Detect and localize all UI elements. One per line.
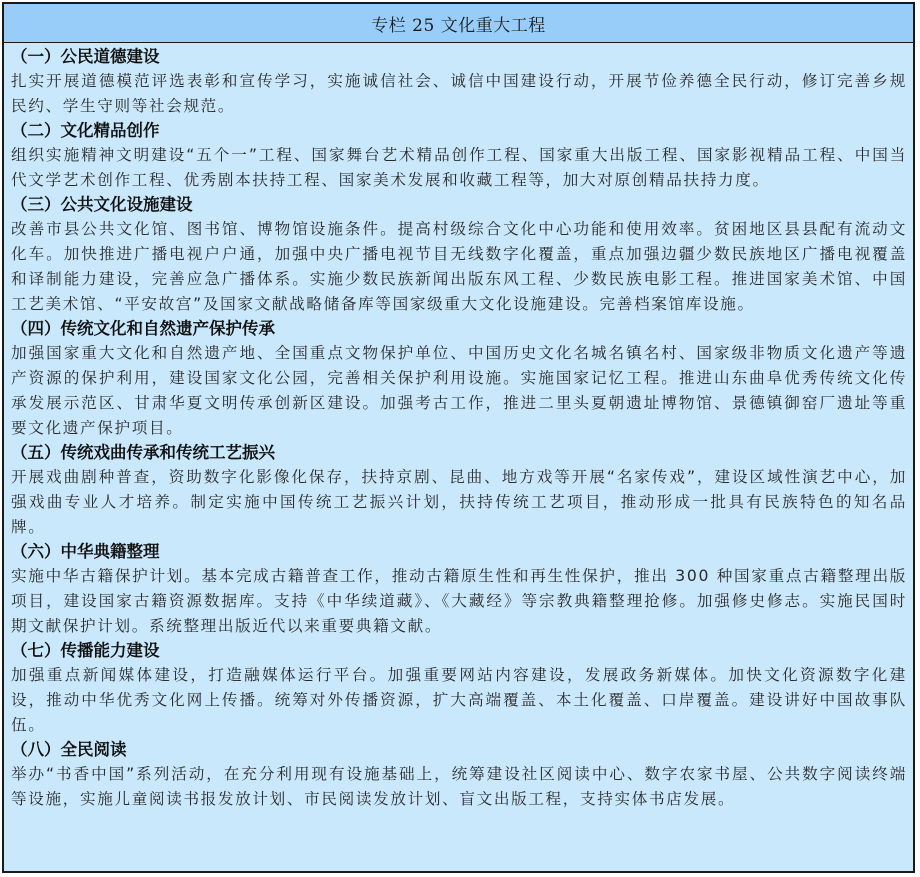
section-body: 组织实施精神文明建设“五个一”工程、国家舞台艺术精品创作工程、国家重大出版工程、… [11,143,907,193]
section-title: （四）传统文化和自然遗产保护传承 [11,317,907,341]
section-title: （六）中华典籍整理 [11,540,907,564]
section-title: （七）传播能力建设 [11,639,907,663]
section-body: 加强重点新闻媒体建设，打造融媒体运行平台。加强重要网站内容建设，发展政务新媒体。… [11,663,907,738]
section-body: 举办“书香中国”系列活动，在充分利用现有设施基础上，统筹建设社区阅读中心、数字农… [11,762,907,812]
section-body: 扎实开展道德模范评选表彰和宣传学习，实施诚信社会、诚信中国建设行动，开展节俭养德… [11,69,907,119]
section-body: 实施中华古籍保护计划。基本完成古籍普查工作，推动古籍原生性和再生性保护，推出 3… [11,564,907,639]
section-reading: （八）全民阅读 举办“书香中国”系列活动，在充分利用现有设施基础上，统筹建设社区… [11,738,907,812]
section-title: （三）公共文化设施建设 [11,193,907,217]
section-opera-crafts: （五）传统戏曲传承和传统工艺振兴 开展戏曲剧种普查，资助数字化影像化保存，扶持京… [11,441,907,540]
section-classics: （六）中华典籍整理 实施中华古籍保护计划。基本完成古籍普查工作，推动古籍原生性和… [11,540,907,639]
section-body: 开展戏曲剧种普查，资助数字化影像化保存，扶持京剧、昆曲、地方戏等开展“名家传戏”… [11,465,907,540]
box-content: （一）公民道德建设 扎实开展道德模范评选表彰和宣传学习，实施诚信社会、诚信中国建… [4,43,913,812]
section-title: （八）全民阅读 [11,738,907,762]
feature-box: 专栏 25 文化重大工程 （一）公民道德建设 扎实开展道德模范评选表彰和宣传学习… [2,2,915,873]
box-title: 专栏 25 文化重大工程 [4,4,913,43]
section-heritage-protection: （四）传统文化和自然遗产保护传承 加强国家重大文化和自然遗产地、全国重点文物保护… [11,317,907,441]
section-title: （五）传统戏曲传承和传统工艺振兴 [11,441,907,465]
section-public-facilities: （三）公共文化设施建设 改善市县公共文化馆、图书馆、博物馆设施条件。提高村级综合… [11,193,907,317]
section-body: 加强国家重大文化和自然遗产地、全国重点文物保护单位、中国历史文化名城名镇名村、国… [11,341,907,441]
section-body: 改善市县公共文化馆、图书馆、博物馆设施条件。提高村级综合文化中心功能和使用效率。… [11,217,907,317]
section-cultural-works: （二）文化精品创作 组织实施精神文明建设“五个一”工程、国家舞台艺术精品创作工程… [11,119,907,193]
section-title: （二）文化精品创作 [11,119,907,143]
section-title: （一）公民道德建设 [11,45,907,69]
section-communication: （七）传播能力建设 加强重点新闻媒体建设，打造融媒体运行平台。加强重要网站内容建… [11,639,907,738]
section-civic-morality: （一）公民道德建设 扎实开展道德模范评选表彰和宣传学习，实施诚信社会、诚信中国建… [11,45,907,119]
